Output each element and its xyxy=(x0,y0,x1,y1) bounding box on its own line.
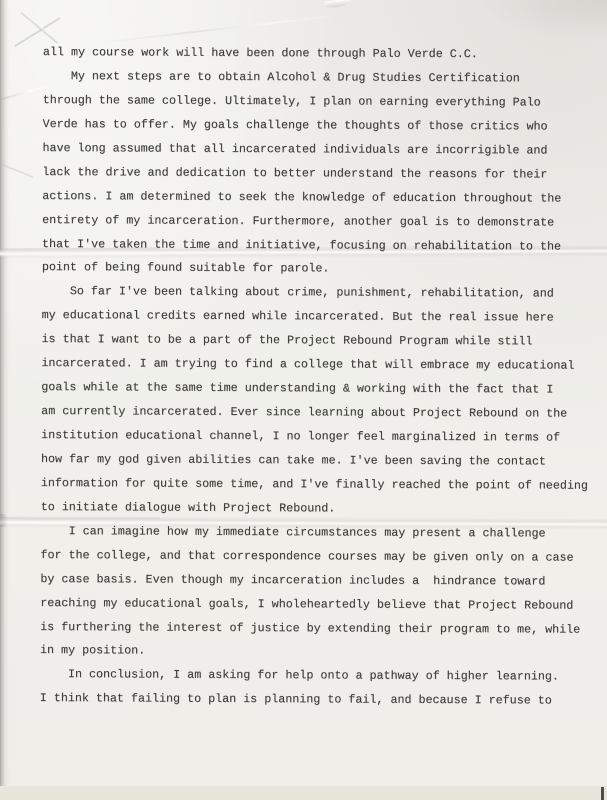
letter-line: my educational credits earned while inca… xyxy=(42,304,600,331)
letter-line: I can imagine how my immediate circumsta… xyxy=(41,520,599,547)
letter-line: entirety of my incarceration. Furthermor… xyxy=(42,209,600,236)
letter-line: in my position. xyxy=(40,639,598,666)
letter-line: through the same college. Ultimately, I … xyxy=(43,89,601,116)
letter-line: Verde has to offer. My goals challenge t… xyxy=(43,113,601,140)
top-right-corner-shade xyxy=(477,0,607,42)
letter-line: have long assumed that all incarcerated … xyxy=(42,137,600,164)
scanned-letter-page: all my course work will have been done t… xyxy=(0,0,607,800)
letter-line: reaching my educational goals, I wholehe… xyxy=(40,592,598,619)
letter-line: lack the drive and dedication to better … xyxy=(42,161,600,188)
scan-background-strip xyxy=(0,786,607,800)
letter-line: by case basis. Even though my incarcerat… xyxy=(40,568,598,595)
letter-line: actions. I am determined to seek the kno… xyxy=(42,185,600,212)
scan-edge-mark xyxy=(601,787,604,800)
letter-line: In conclusion, I am asking for help onto… xyxy=(40,663,598,690)
paper-left-edge-shadow xyxy=(0,0,9,786)
paper-sheet: all my course work will have been done t… xyxy=(0,0,607,786)
letter-line: is that I want to be a part of the Proje… xyxy=(41,328,599,355)
corner-crease xyxy=(21,11,60,44)
letter-line: So far I've been talking about crime, pu… xyxy=(42,280,600,307)
letter-line: all my course work will have been done t… xyxy=(43,41,601,68)
letter-line: I think that failing to plan is planning… xyxy=(40,687,598,714)
letter-line: how far my god given abilities can take … xyxy=(41,448,599,475)
letter-line: goals while at the same time understandi… xyxy=(41,376,599,403)
letter-line: that I've taken the time and initiative,… xyxy=(42,232,600,259)
letter-line: for the college, and that correspondence… xyxy=(40,544,598,571)
letter-line: My next steps are to obtain Alcohol & Dr… xyxy=(43,65,601,92)
letter-line: information for quite some time, and I'v… xyxy=(41,472,599,499)
letter-line: am currently incarcerated. Ever since le… xyxy=(41,400,599,427)
letter-line: to initiate dialogue with Project Reboun… xyxy=(41,496,599,523)
top-edge-notch xyxy=(325,0,352,8)
letter-body-text: all my course work will have been done t… xyxy=(40,41,601,714)
letter-line: incarcerated. I am trying to find a coll… xyxy=(41,352,599,379)
letter-line: point of being found suitable for parole… xyxy=(42,256,600,283)
letter-line: is furthering the interest of justice by… xyxy=(40,615,598,642)
top-diagonal-crease xyxy=(96,14,345,44)
letter-line: institution educational channel, I no lo… xyxy=(41,424,599,451)
